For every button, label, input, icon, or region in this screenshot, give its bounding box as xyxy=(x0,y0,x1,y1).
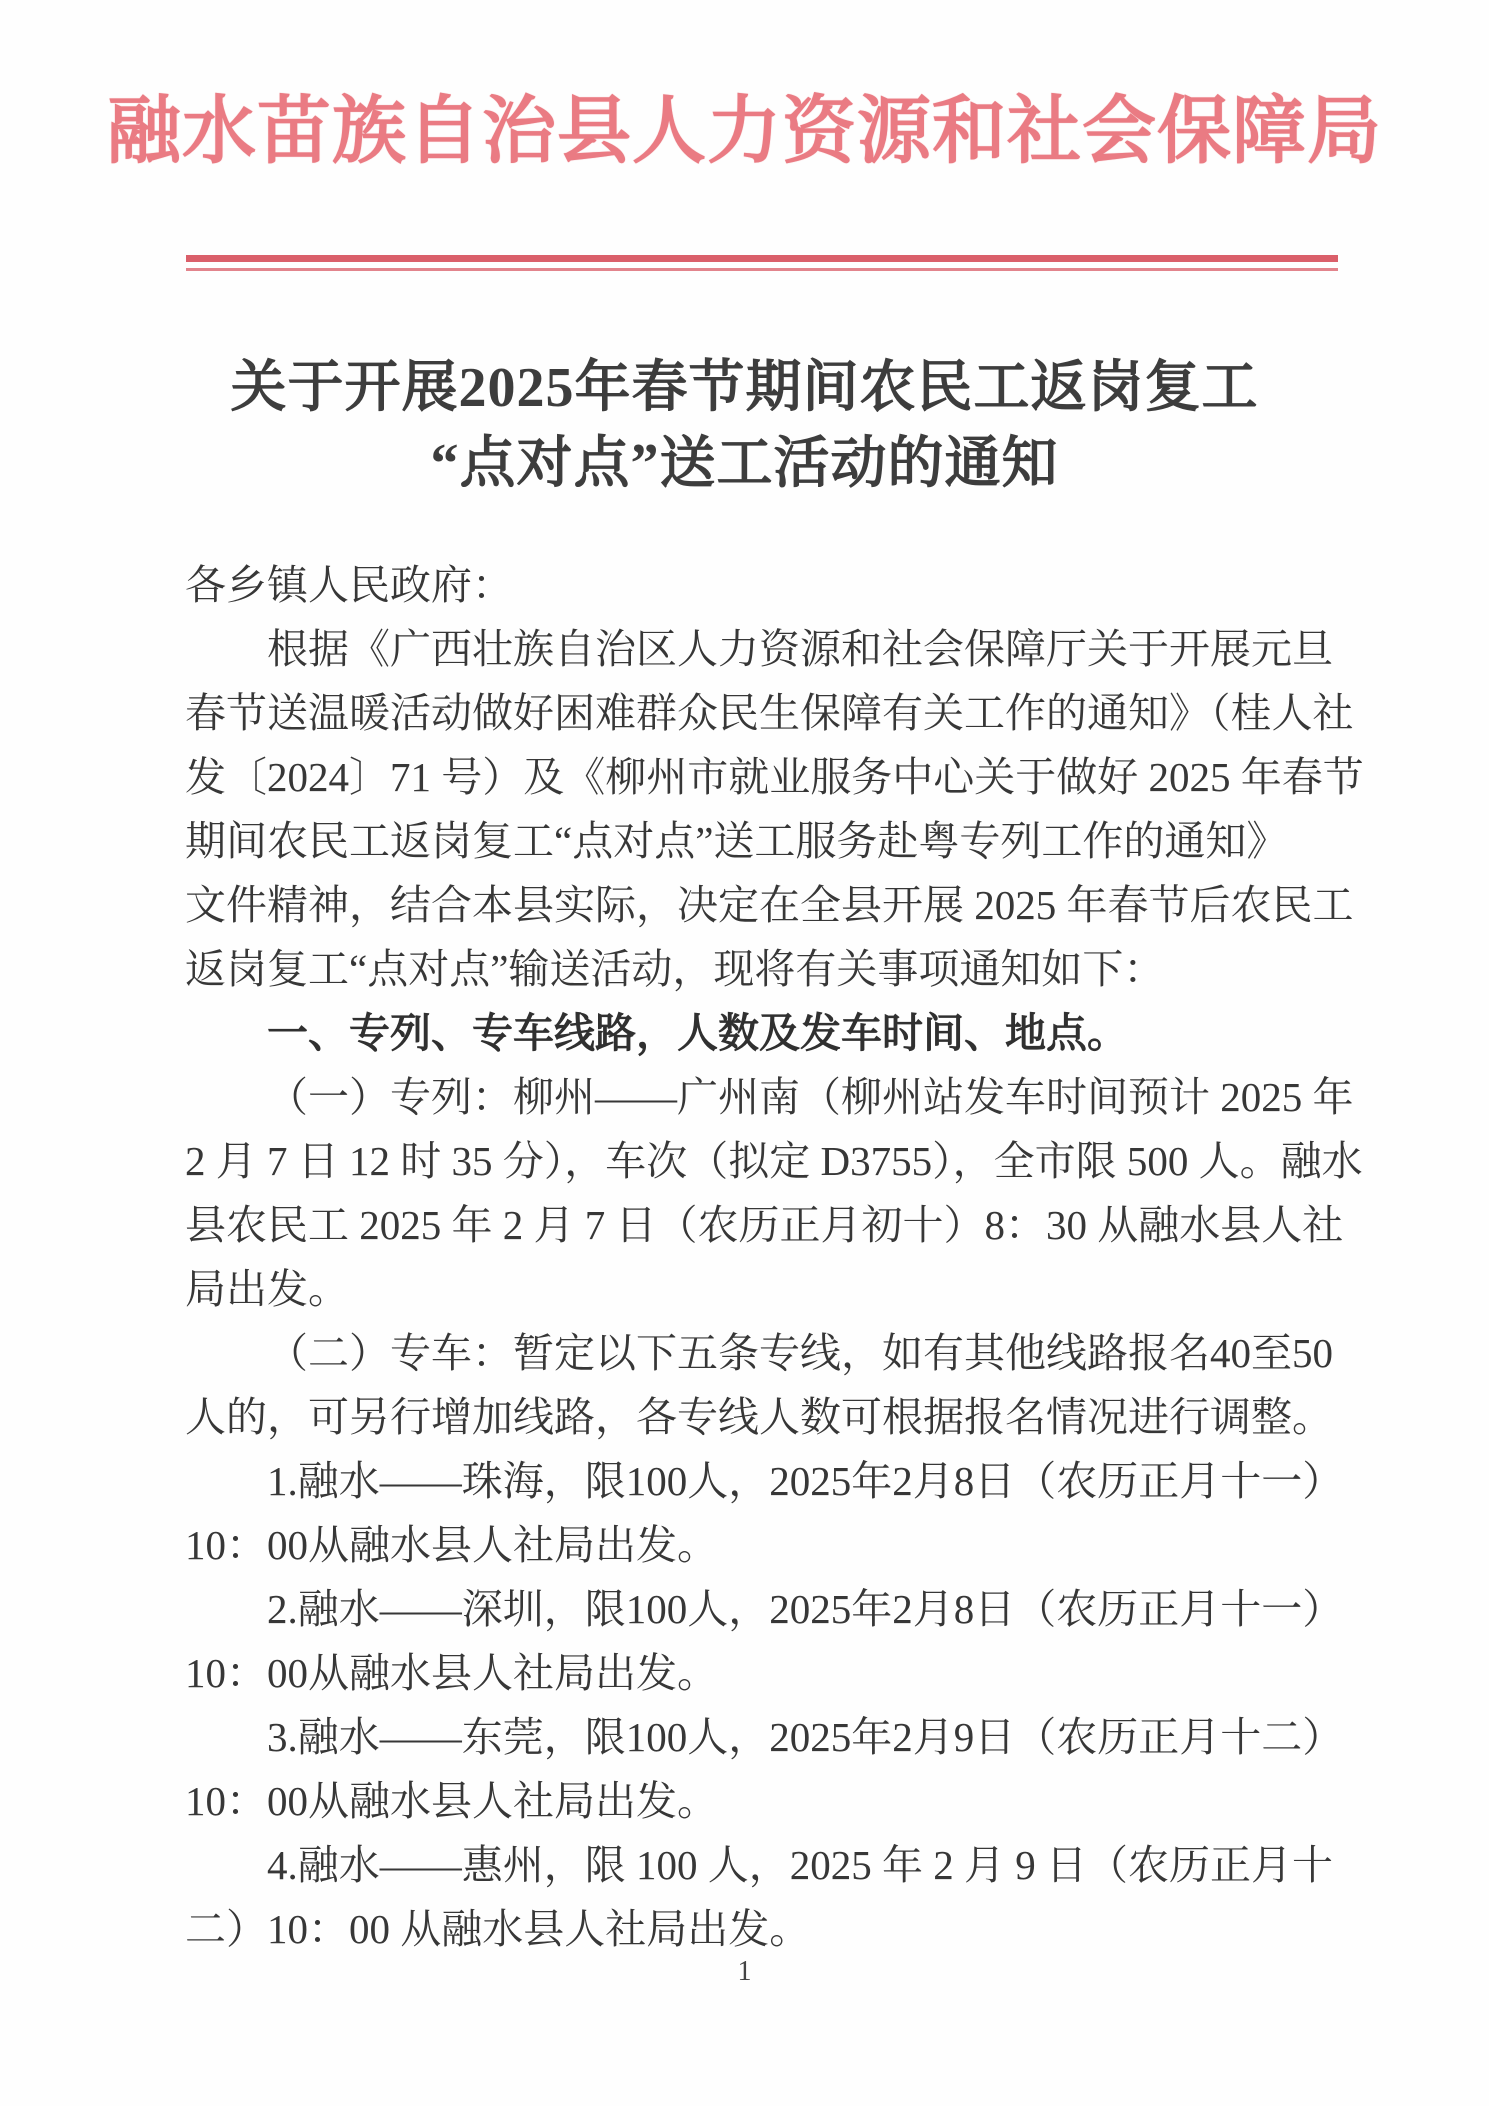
body-line: 2 月 7 日 12 时 35 分），车次（拟定 D3755），全市限 500 … xyxy=(185,1129,1360,1193)
body-line: 各乡镇人民政府： xyxy=(185,553,1360,617)
body-line: 4.融水——惠州，限 100 人，2025 年 2 月 9 日（农历正月十 xyxy=(185,1833,1360,1897)
body-line: 文件精神，结合本县实际，决定在全县开展 2025 年春节后农民工 xyxy=(185,873,1360,937)
issuing-agency-letterhead: 融水苗族自治县人力资源和社会保障局 xyxy=(0,86,1489,179)
body-line: 2.融水——深圳，限100人，2025年2月8日（农历正月十一） xyxy=(185,1577,1360,1641)
body-line: 春节送温暖活动做好困难群众民生保障有关工作的通知》（桂人社 xyxy=(185,681,1360,745)
body-line: 发〔2024〕71 号）及《柳州市就业服务中心关于做好 2025 年春节 xyxy=(185,745,1360,809)
body-line: （二）专车：暂定以下五条专线，如有其他线路报名40至50 xyxy=(185,1321,1360,1385)
page-number: 1 xyxy=(0,1956,1489,1988)
body-line: 人的，可另行增加线路，各专线人数可根据报名情况进行调整。 xyxy=(185,1385,1360,1449)
body-line: 10：00从融水县人社局出发。 xyxy=(185,1641,1360,1705)
body-line: （一）专列：柳州——广州南（柳州站发车时间预计 2025 年 xyxy=(185,1065,1360,1129)
body-line: 1.融水——珠海，限100人，2025年2月8日（农历正月十一） xyxy=(185,1449,1360,1513)
body-line: 3.融水——东莞，限100人，2025年2月9日（农历正月十二） xyxy=(185,1705,1360,1769)
body-line: 返岗复工“点对点”输送活动，现将有关事项通知如下： xyxy=(185,937,1360,1001)
document-title-line-1: 关于开展2025年春节期间农民工返岗复工 xyxy=(0,350,1489,426)
body-line: 县农民工 2025 年 2 月 7 日（农历正月初十）8：30 从融水县人社 xyxy=(185,1193,1360,1257)
body-line: 根据《广西壮族自治区人力资源和社会保障厅关于开展元旦 xyxy=(185,617,1360,681)
body-line: 一、专列、专车线路，人数及发车时间、地点。 xyxy=(185,1001,1360,1065)
body-line: 二）10：00 从融水县人社局出发。 xyxy=(185,1897,1360,1961)
letterhead-rule-thick xyxy=(186,255,1338,262)
document-title: 关于开展2025年春节期间农民工返岗复工 “点对点”送工活动的通知 xyxy=(0,350,1489,502)
body-line: 期间农民工返岗复工“点对点”送工服务赴粤专列工作的通知》 xyxy=(185,809,1360,873)
document-body: 各乡镇人民政府：根据《广西壮族自治区人力资源和社会保障厅关于开展元旦春节送温暖活… xyxy=(185,553,1360,1961)
body-line: 10：00从融水县人社局出发。 xyxy=(185,1769,1360,1833)
letterhead-rule-thin xyxy=(186,268,1338,271)
body-line: 局出发。 xyxy=(185,1257,1360,1321)
scanned-notice-page: 融水苗族自治县人力资源和社会保障局 关于开展2025年春节期间农民工返岗复工 “… xyxy=(0,0,1489,2106)
body-line: 10：00从融水县人社局出发。 xyxy=(185,1513,1360,1577)
document-title-line-2: “点对点”送工活动的通知 xyxy=(0,426,1489,502)
